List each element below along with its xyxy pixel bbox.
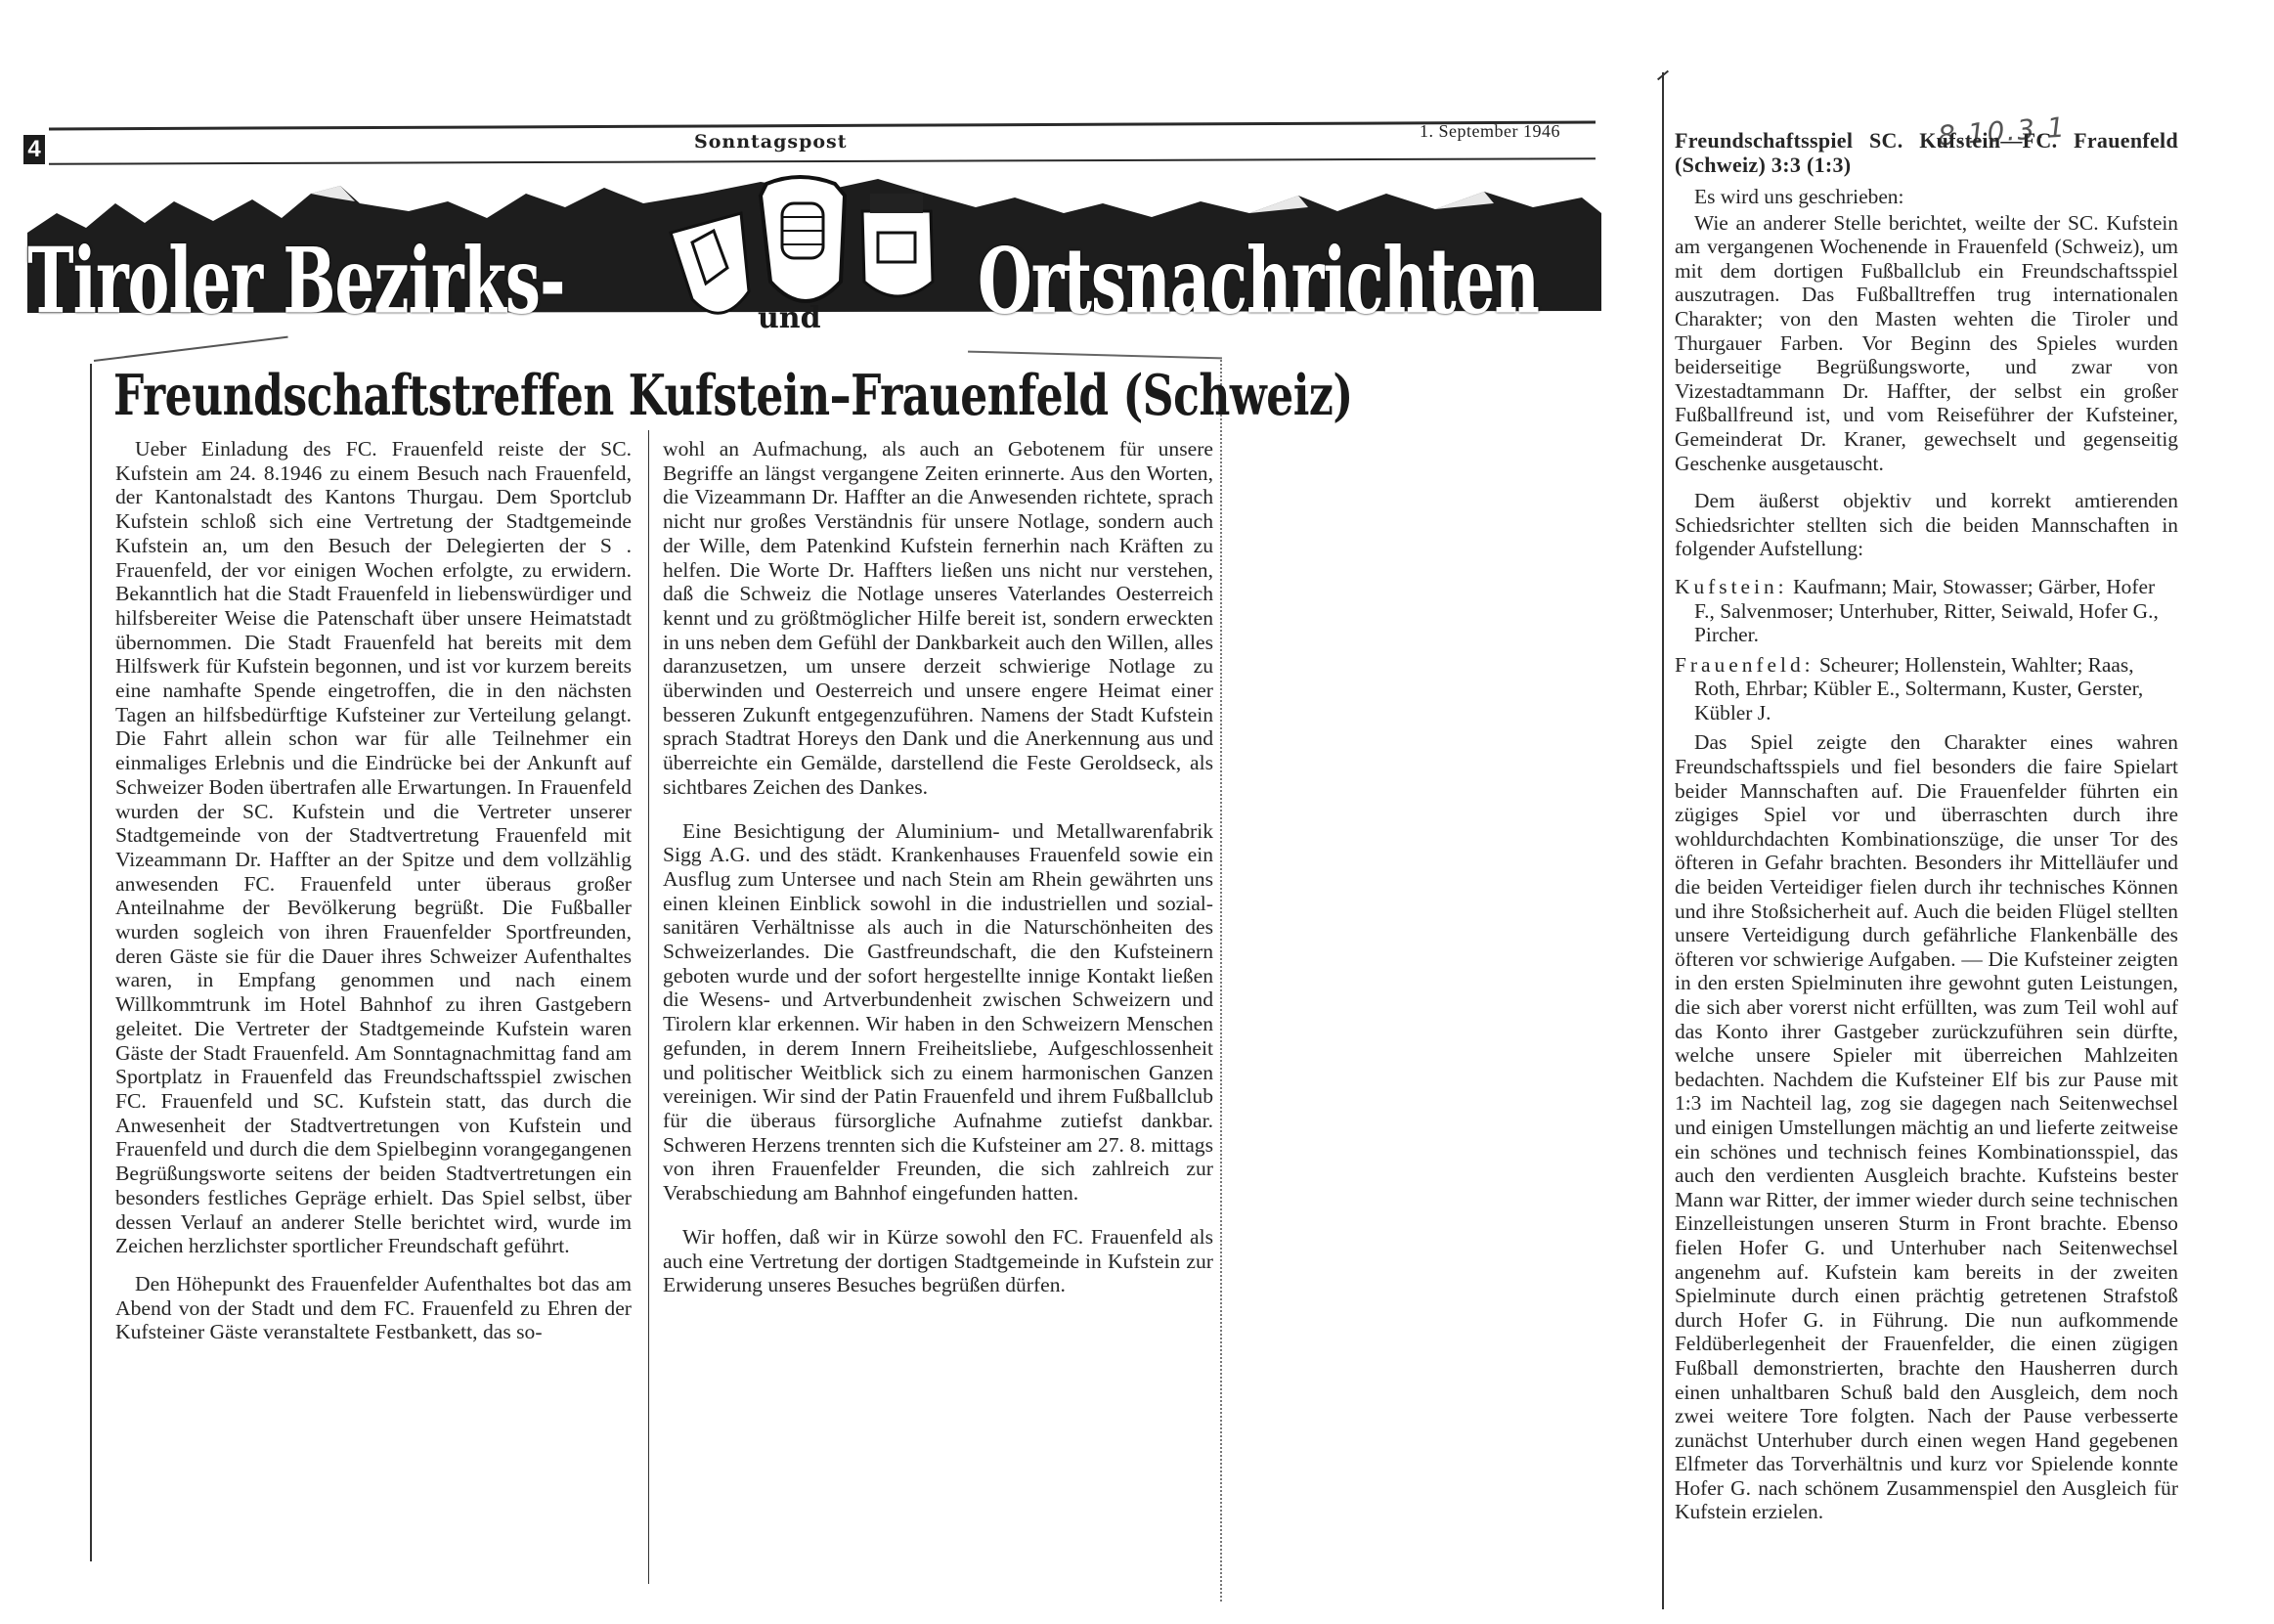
main-article-middle-column: wohl an Aufmachung, als auch an Gebotene… [663,437,1213,1297]
team-name: Frauenfeld: [1675,653,1815,677]
newspaper-name: Sonntagspost [694,131,848,153]
kufstein-crest-icon [862,194,933,296]
main-article-left-column: Ueber Einladung des FC. Frauenfeld reist… [115,437,632,1344]
match-report-column: Freundschaftsspiel SC. Kufstein—FC. Frau… [1675,128,2178,1524]
masthead-bottom-rule [49,157,1596,165]
issue-date: 1. September 1946 [1420,121,1560,142]
page-number-badge: 4 [23,135,45,164]
team-name: Kufstein: [1675,575,1788,598]
banner-title-right: Ortsnachrichten [978,229,1539,335]
barrel-coat-of-arms-icon [761,177,845,301]
match-report-paragraph: Das Spiel zeigte den Charakter eines wah… [1675,730,2178,1524]
banner-connector: und [758,301,821,335]
paragraph: Eine Besichtigung der Aluminium- und Met… [663,819,1213,1206]
paragraph: Wie an anderer Stelle berichtet, weilte … [1675,211,2178,476]
paragraph: Dem äußerst objektiv und korrekt amtiere… [1675,489,2178,561]
banner-title-left: Tiroler Bezirks- [27,229,565,335]
masthead-top-rule [49,121,1596,131]
intro-line: Es wird uns geschrieben: [1675,185,2178,209]
paragraph: Den Höhepunkt des Frauenfelder Aufenthal… [115,1272,632,1344]
section-banner: Tiroler Bezirks- und Ortsnachrichten [18,174,1605,321]
headline-cut-mark [94,336,288,362]
right-cut-edge [1220,360,1222,1602]
paragraph: Wir hoffen, daß wir in Kürze sowohl den … [663,1225,1213,1297]
lineup-kufstein: Kufstein: Kaufmann; Mair, Stowasser; Gär… [1675,575,2178,647]
paragraph: wohl an Aufmachung, als auch an Gebotene… [663,437,1213,800]
column-divider [648,430,649,1584]
main-headline: Freundschaftstreffen Kufstein–Frauenfeld… [113,364,1353,428]
headline-cut-mark-right [968,351,1222,360]
match-headline: Freundschaftsspiel SC. Kufstein—FC. Frau… [1675,128,2178,177]
left-column-border [90,364,92,1561]
lineup-frauenfeld: Frauenfeld: Scheurer; Hollenstein, Wahlt… [1675,653,2178,725]
paragraph: Ueber Einladung des FC. Frauenfeld reist… [115,437,632,1258]
match-report-border [1662,72,1664,1609]
